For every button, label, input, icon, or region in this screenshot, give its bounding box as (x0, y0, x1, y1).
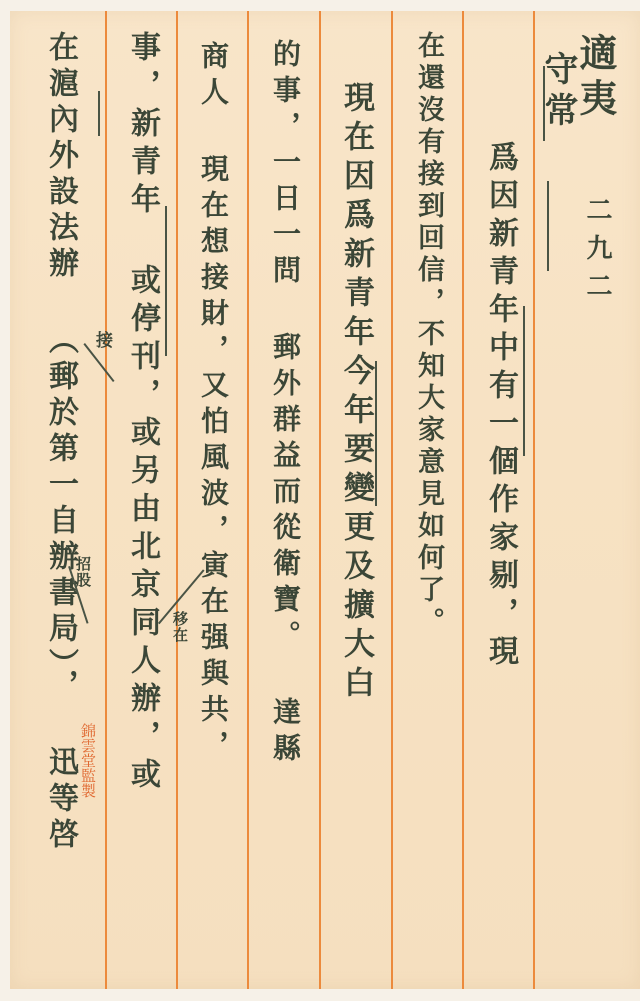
ruling-line (176, 11, 178, 989)
salutation-line1: 適夷 (575, 33, 615, 123)
annotation-jie: 接 (90, 331, 115, 349)
emphasis-mark (523, 306, 525, 456)
letter-date: 二九二 (577, 196, 617, 310)
ruling-line (533, 11, 535, 989)
annotation-yizai: 移在 (170, 611, 191, 643)
annotation-zhaogu: 招股 (73, 556, 94, 588)
letter-paper: 適夷 守常 二九二 爲因新青年中有一個作家剔，現 在還沒有接到回信，不知大家意見… (10, 11, 640, 989)
ruling-line (105, 11, 107, 989)
body-column-6: 事，新青年 或停刊，或另由北京同人辦，或 (122, 31, 162, 796)
body-column-4: 的事，一日一問 郵外群益而從衛寶。 達縣 (265, 39, 305, 769)
body-column-1: 爲因新青年中有一個作家剔，現 (480, 141, 520, 673)
emphasis-mark (98, 91, 100, 136)
paper-maker-stamp: 錦雲堂監製 (78, 723, 99, 798)
ruling-line (462, 11, 464, 989)
emphasis-mark (543, 66, 545, 141)
ruling-line (391, 11, 393, 989)
body-column-3: 現在因爲新青年今年要變更及擴大白 (336, 81, 376, 705)
body-column-2: 在還沒有接到回信，不知大家意見如何了。 (408, 31, 448, 639)
emphasis-mark (547, 181, 549, 271)
body-column-7: 在滬內外設法辦 （郵於第一自辦書局）， 迅等啓 (40, 31, 80, 854)
body-column-5: 商人 現在想接財，又怕風波，寅在强與共， (193, 41, 233, 766)
emphasis-mark (165, 206, 167, 356)
emphasis-mark (375, 361, 377, 506)
ruling-line (247, 11, 249, 989)
ruling-line (319, 11, 321, 989)
